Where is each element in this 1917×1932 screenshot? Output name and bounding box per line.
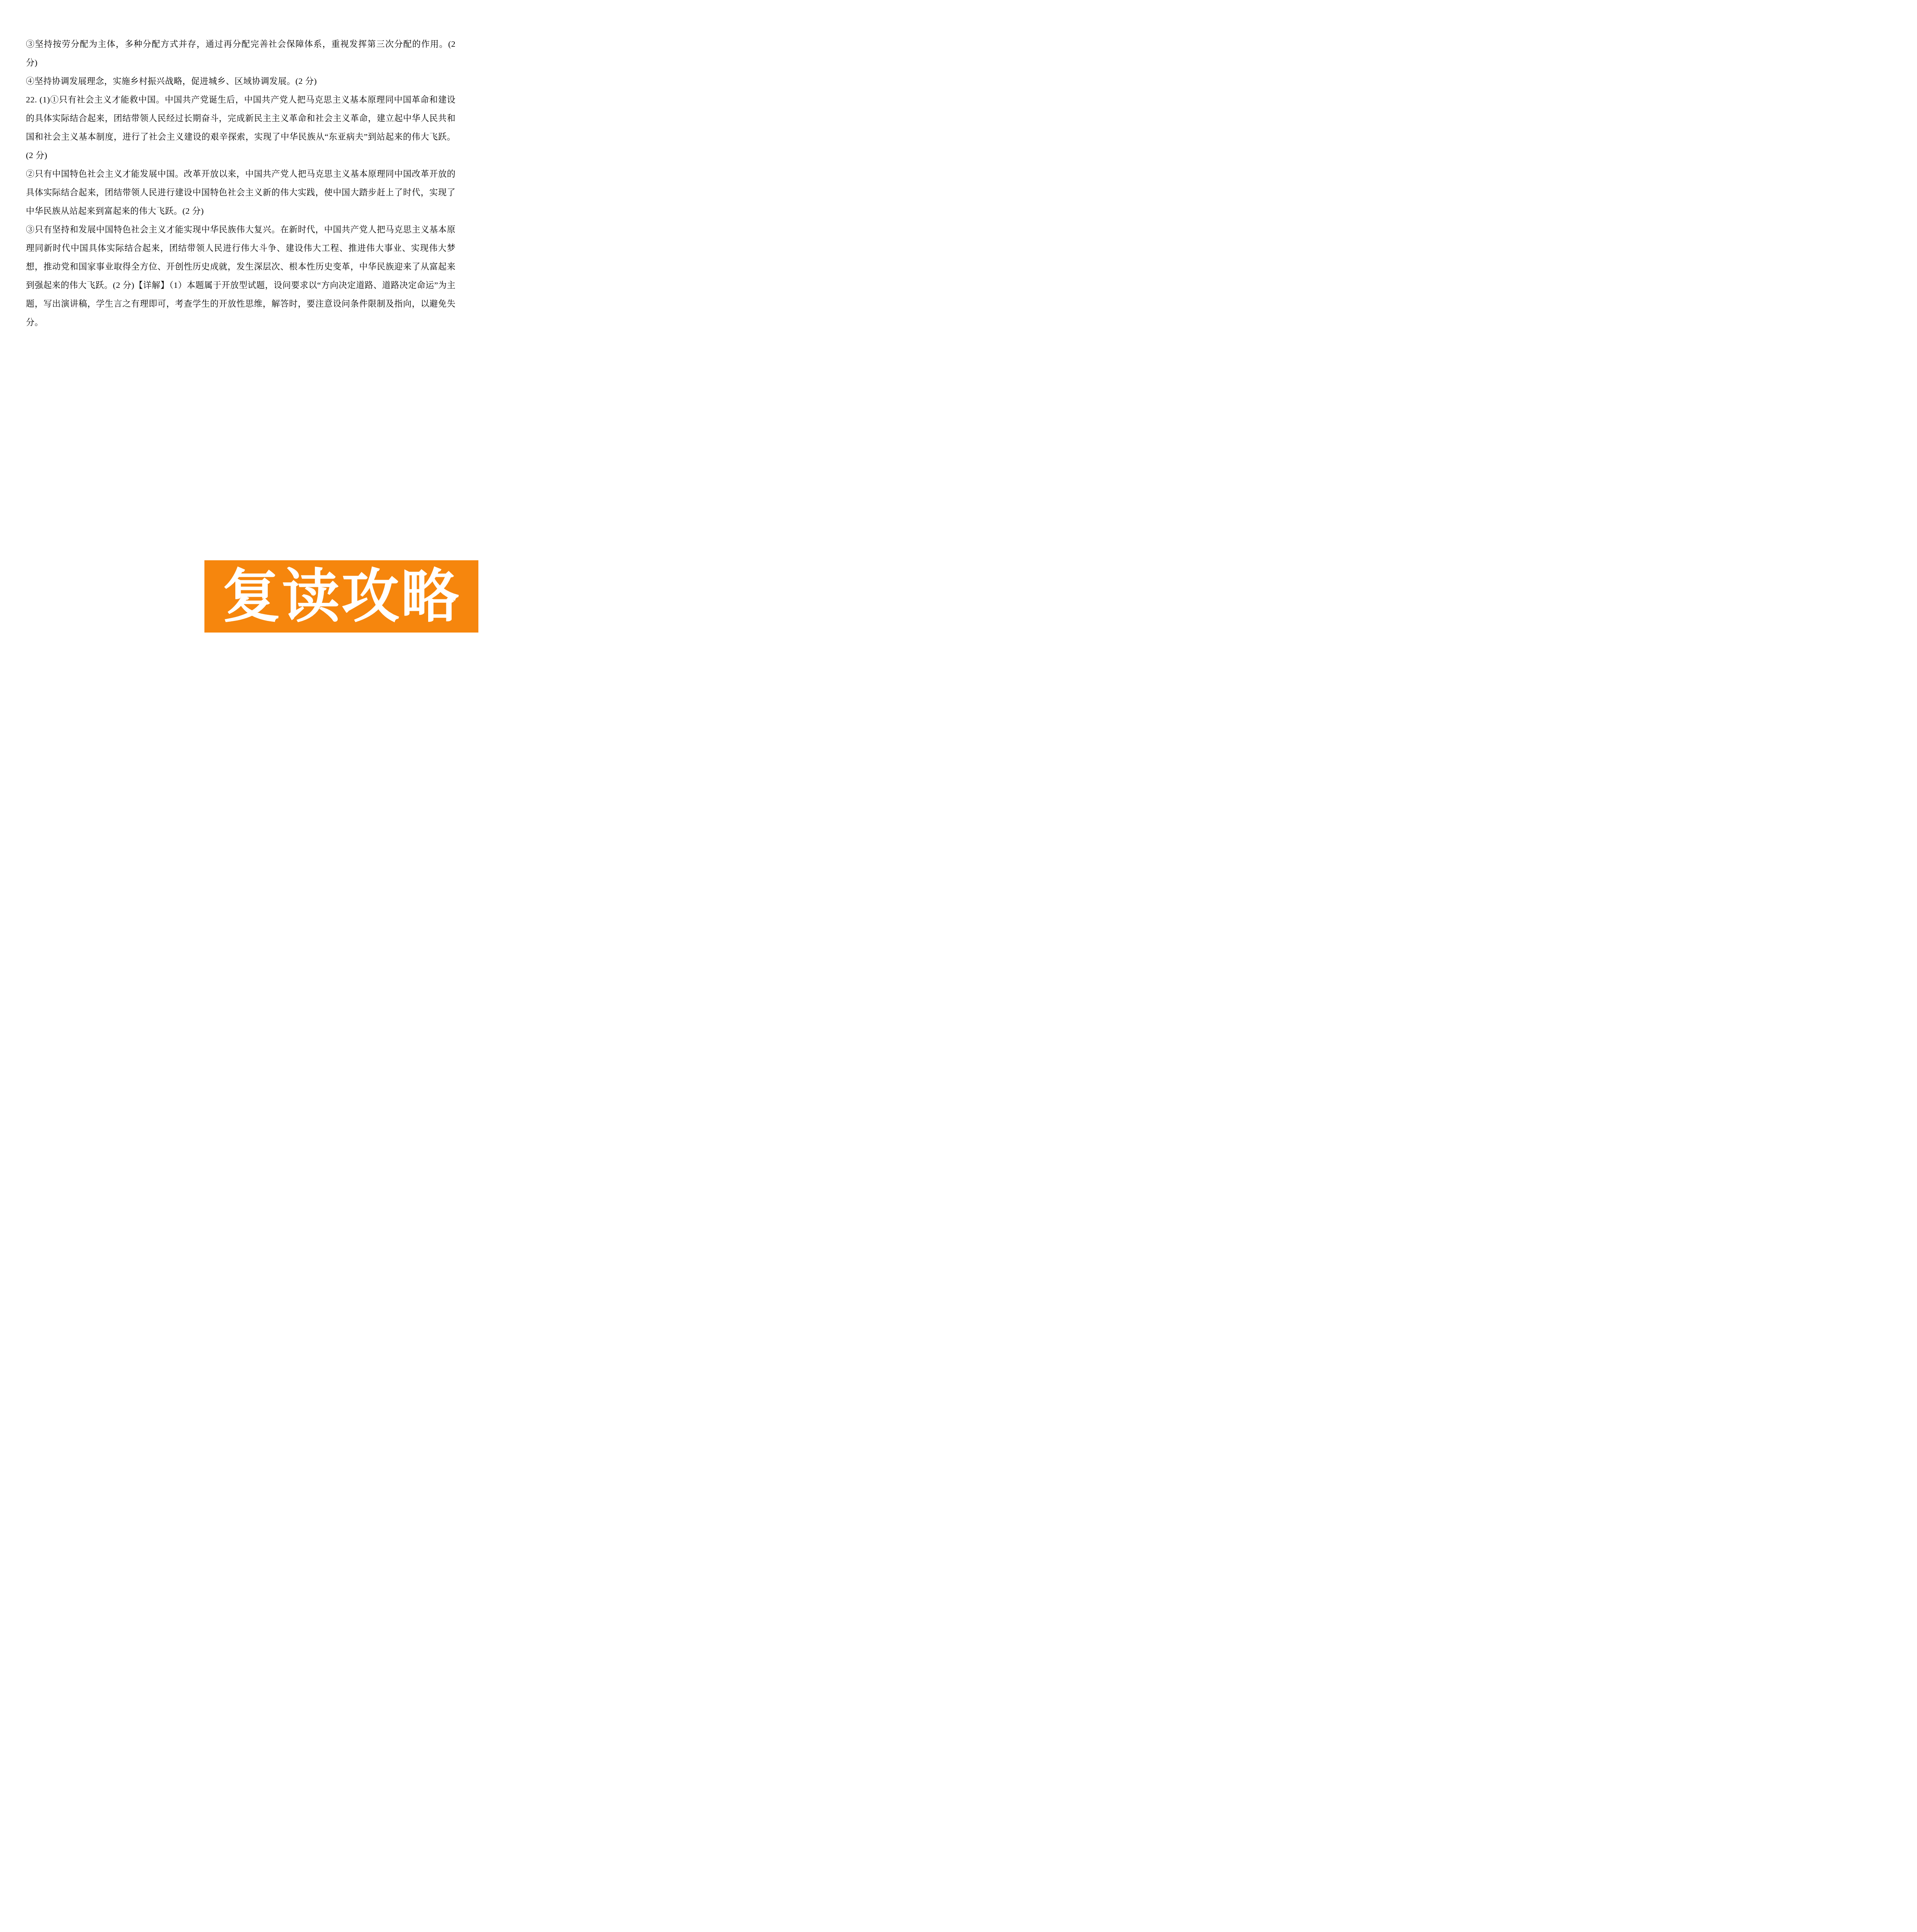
answer-q22-paragraph-2: ②只有中国特色社会主义才能发展中国。改革开放以来，中国共产党人把马克思主义基本原… (26, 165, 456, 220)
promo-banner-text: 复读攻略 (222, 560, 460, 633)
document-page: ③坚持按劳分配为主体，多种分配方式并存，通过再分配完善社会保障体系，重视发挥第三… (0, 0, 479, 678)
answer-paragraph-3: ③坚持按劳分配为主体，多种分配方式并存，通过再分配完善社会保障体系，重视发挥第三… (26, 35, 456, 72)
answer-text-block: ③坚持按劳分配为主体，多种分配方式并存，通过再分配完善社会保障体系，重视发挥第三… (26, 35, 456, 332)
promo-banner: 复读攻略 (204, 560, 478, 633)
answer-q22-paragraph-3-with-analysis: ③只有坚持和发展中国特色社会主义才能实现中华民族伟大复兴。在新时代，中国共产党人… (26, 220, 456, 332)
answer-paragraph-4: ④坚持协调发展理念，实施乡村振兴战略，促进城乡、区域协调发展。(2 分) (26, 72, 456, 90)
answer-q22-paragraph-1: 22. (1)①只有社会主义才能救中国。中国共产党诞生后，中国共产党人把马克思主… (26, 90, 456, 165)
